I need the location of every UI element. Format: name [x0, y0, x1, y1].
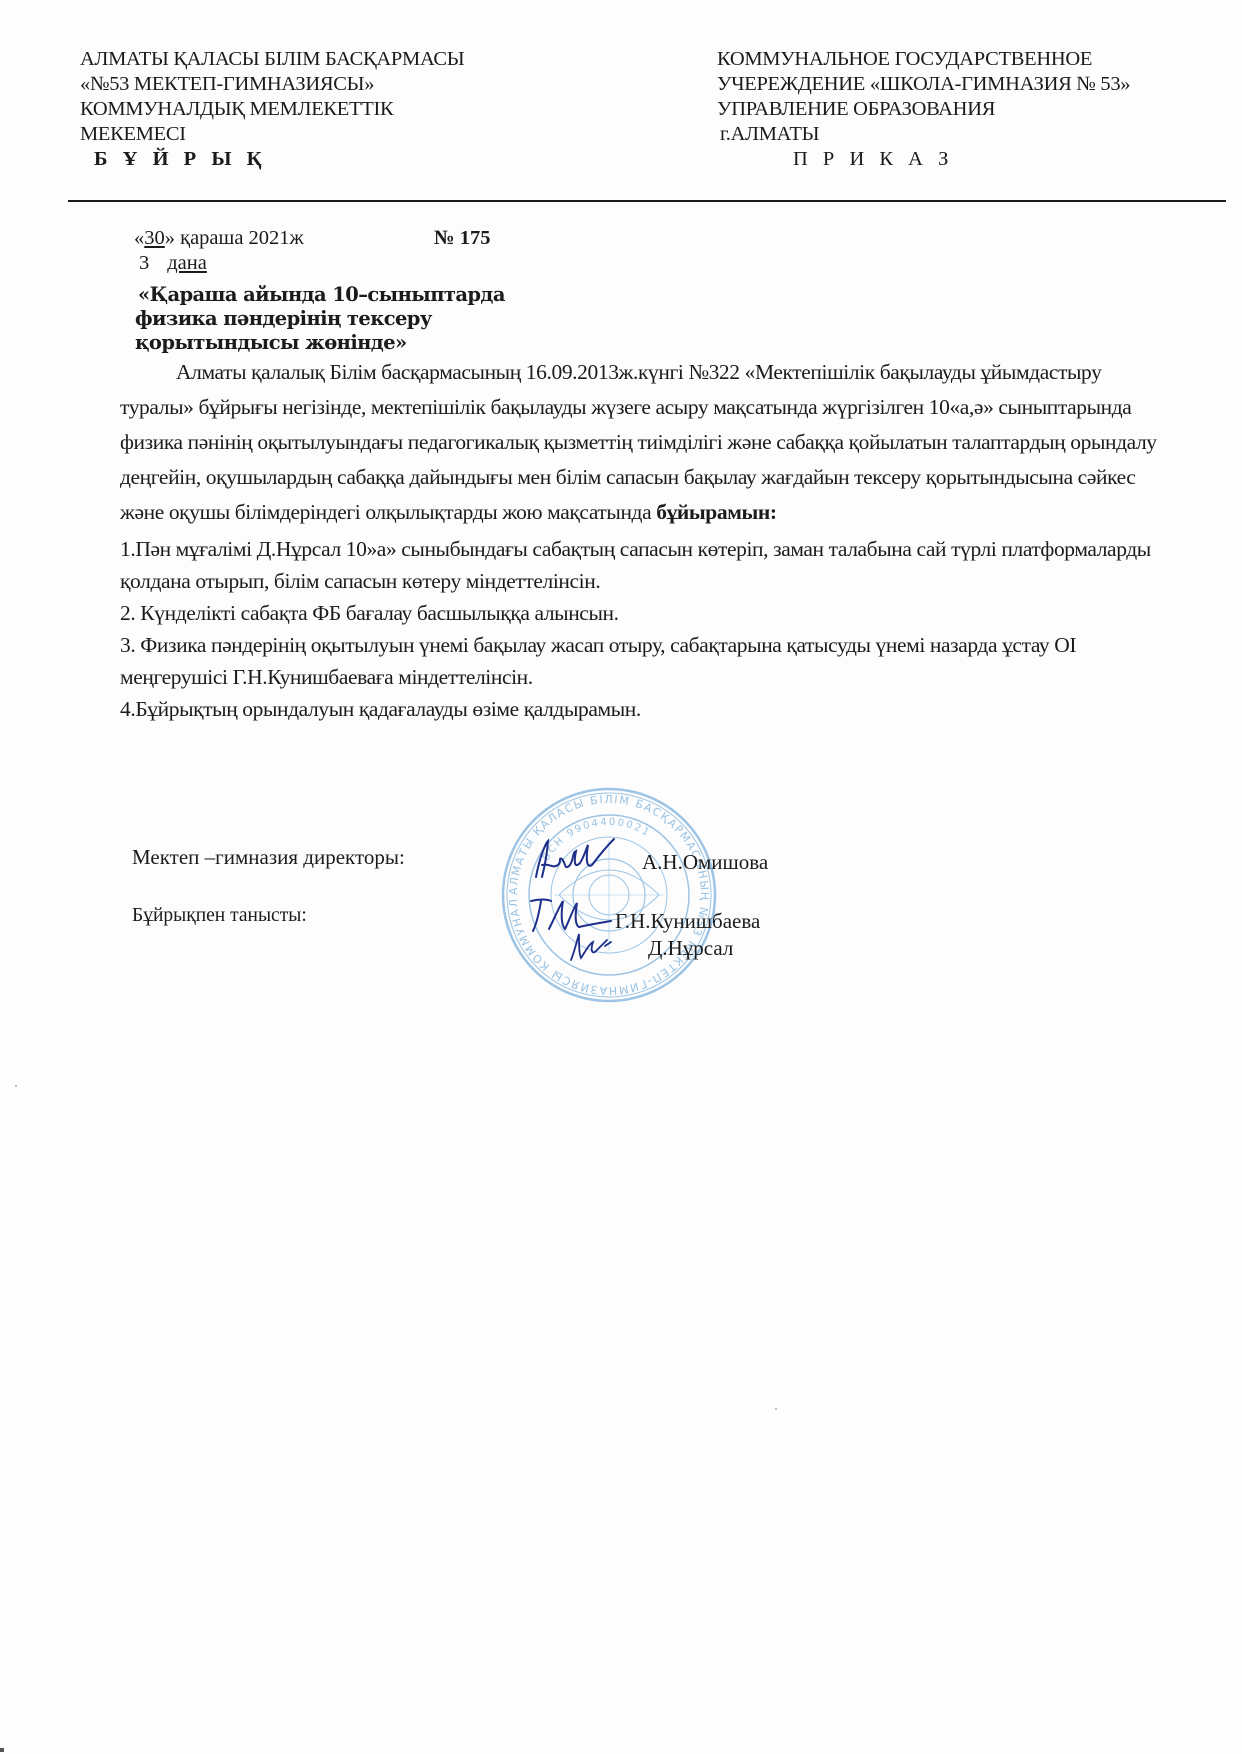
scan-speck	[775, 1408, 777, 1410]
subject-line-2: физика пәндерінің тексеру	[135, 307, 505, 331]
header-right-line-2: УЧЕРЕЖДЕНИЕ «ШКОЛА-ГИМНАЗИЯ № 53»	[717, 72, 1130, 97]
document-page: АЛМАТЫ ҚАЛАСЫ БІЛІМ БАСҚАРМАСЫ «№53 МЕКТ…	[0, 0, 1242, 1754]
order-item-2: 2. Күнделікті сабақта ФБ бағалау басшылы…	[120, 597, 1160, 629]
preamble-text: Алматы қалалық Білім басқармасының 16.09…	[120, 360, 1157, 524]
header-kazakh-block: АЛМАТЫ ҚАЛАСЫ БІЛІМ БАСҚАРМАСЫ «№53 МЕКТ…	[80, 47, 464, 172]
director-signature-icon	[528, 835, 618, 885]
director-label: Мектеп –гимназия директоры:	[132, 845, 405, 870]
subject-line-3: қорытындысы жөнінде»	[135, 331, 505, 355]
date-rest: » қараша 2021ж	[165, 227, 304, 249]
header-left-line-3: КОММУНАЛДЫҚ МЕМЛЕКЕТТІК	[80, 97, 464, 122]
header-left-line-1: АЛМАТЫ ҚАЛАСЫ БІЛІМ БАСҚАРМАСЫ	[80, 47, 464, 72]
order-date: «30» қараша 2021ж № 175	[134, 226, 304, 251]
header-right-line-1: КОММУНАЛЬНОЕ ГОСУДАРСТВЕННОЕ	[717, 47, 1130, 72]
header-right-line-4: г.АЛМАТЫ	[717, 122, 1130, 147]
order-item-3: 3. Физика пәндерінің оқытылуын үнемі бақ…	[120, 629, 1160, 693]
header-russian-block: КОММУНАЛЬНОЕ ГОСУДАРСТВЕННОЕ УЧЕРЕЖДЕНИЕ…	[717, 47, 1130, 172]
preamble-paragraph: Алматы қалалық Білім басқармасының 16.09…	[120, 355, 1160, 530]
copies-label: дана	[149, 252, 207, 274]
subject-line-1: «Қараша айында 10–сыныптарда	[135, 283, 505, 307]
acknowledged-label: Бұйрықпен танысты:	[132, 905, 307, 927]
date-day: 30	[144, 227, 165, 249]
director-name: А.Н.Омишова	[642, 845, 768, 879]
acknowledged-name-2: Д.Нұрсал	[648, 931, 733, 965]
order-item-1: 1.Пән мұғалімі Д.Нұрсал 10»а» сыныбындағ…	[120, 533, 1160, 597]
order-word: бұйырамын:	[656, 500, 776, 524]
order-number: № 175	[434, 226, 490, 251]
order-item-4: 4.Бұйрықтың орындалуын қадағалауды өзіме…	[120, 693, 1160, 725]
copies-count: 3	[134, 252, 149, 274]
order-copies: 3дана	[134, 251, 304, 276]
scan-speck	[0, 1748, 4, 1752]
header-left-line-4: МЕКЕМЕСІ	[80, 122, 464, 147]
header-left-line-2: «№53 МЕКТЕП-ГИМНАЗИЯСЫ»	[80, 72, 464, 97]
order-subject: «Қараша айында 10–сыныптарда физика пәнд…	[135, 283, 505, 355]
date-open-quote: «	[134, 227, 144, 249]
scan-speck	[15, 1085, 17, 1087]
nursal-signature-icon	[565, 930, 615, 965]
header-divider	[68, 200, 1226, 202]
doc-type-kazakh: Б Ұ Й Р Ы Қ	[80, 147, 464, 172]
order-meta: «30» қараша 2021ж № 175 3дана	[134, 226, 304, 276]
doc-type-russian: П Р И К А З	[717, 147, 1130, 172]
order-body: Алматы қалалық Білім басқармасының 16.09…	[120, 355, 1160, 725]
header-right-line-3: УПРАВЛЕНИЕ ОБРАЗОВАНИЯ	[717, 97, 1130, 122]
